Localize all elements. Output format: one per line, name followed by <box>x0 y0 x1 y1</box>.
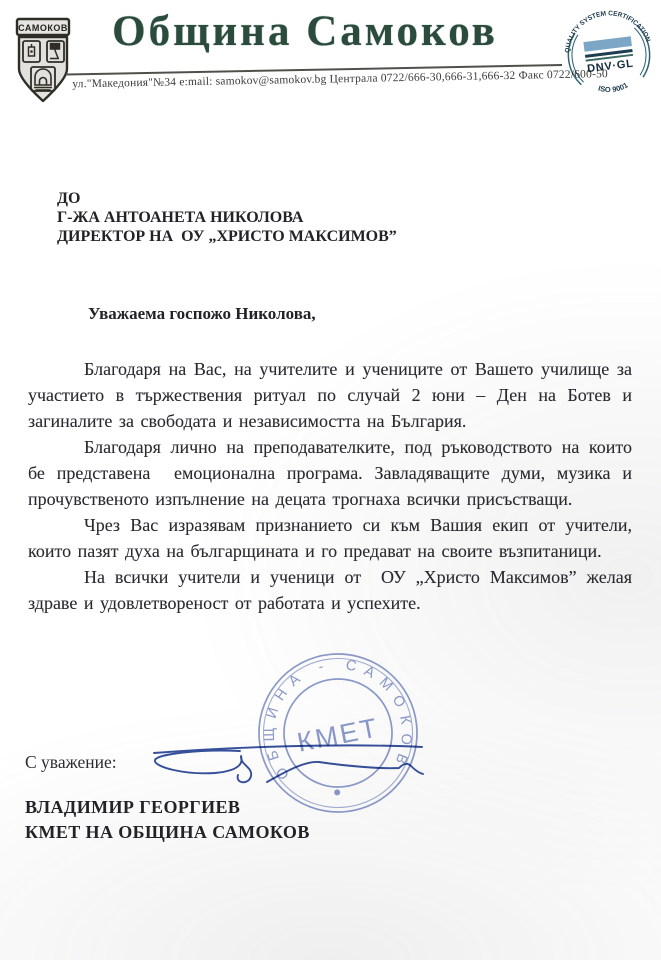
paragraph-2: Благодаря лично на преподавателките, под… <box>28 434 632 512</box>
recipient-block: ДО Г-ЖА АНТОАНЕТА НИКОЛОВА ДИРЕКТОР НА О… <box>57 189 397 246</box>
signer-name: ВЛАДИМИР ГЕОРГИЕВ <box>25 795 310 820</box>
recipient-to: ДО <box>57 189 397 208</box>
paragraph-3: Чрез Вас изразявам признанието си към Ва… <box>28 512 632 564</box>
header-rule-group: ул."Македония"№34 e:mail: samokov@samoko… <box>66 64 562 91</box>
paragraph-1: Благодаря на Вас, на учителите и ученици… <box>28 356 632 434</box>
coat-of-arms-banner-label: САМОКОВ <box>18 23 68 33</box>
paragraph-4: На всички учители и ученици от ОУ „Христ… <box>28 564 632 616</box>
salutation: Уважаема госпожо Николова, <box>88 304 316 324</box>
svg-text:ISO 9001: ISO 9001 <box>596 80 630 96</box>
signer-title: КМЕТ НА ОБЩИНА САМОКОВ <box>25 820 310 845</box>
scanned-letter-page: САМОКОВ Община Самоков ул."Македония"№34… <box>0 0 661 960</box>
closing-regards: С уважение: <box>25 752 117 773</box>
dnv-gl-iso9001-badge-icon: QUALITY SYSTEM CERTIFICATION DNV·GL ISO … <box>550 0 661 114</box>
recipient-position: ДИРЕКТОР НА ОУ „ХРИСТО МАКСИМОВ” <box>57 227 397 246</box>
badge-standard-text: ISO 9001 <box>596 80 630 96</box>
badge-bar-lightblue <box>583 36 632 51</box>
samokov-coat-of-arms: САМОКОВ <box>13 17 73 105</box>
letter-body: Благодаря на Вас, на учителите и ученици… <box>28 356 632 616</box>
signer-block: ВЛАДИМИР ГЕОРГИЕВ КМЕТ НА ОБЩИНА САМОКОВ <box>25 795 310 845</box>
recipient-name: Г-ЖА АНТОАНЕТА НИКОЛОВА <box>57 208 397 227</box>
municipality-title: Община Самоков <box>95 6 515 58</box>
